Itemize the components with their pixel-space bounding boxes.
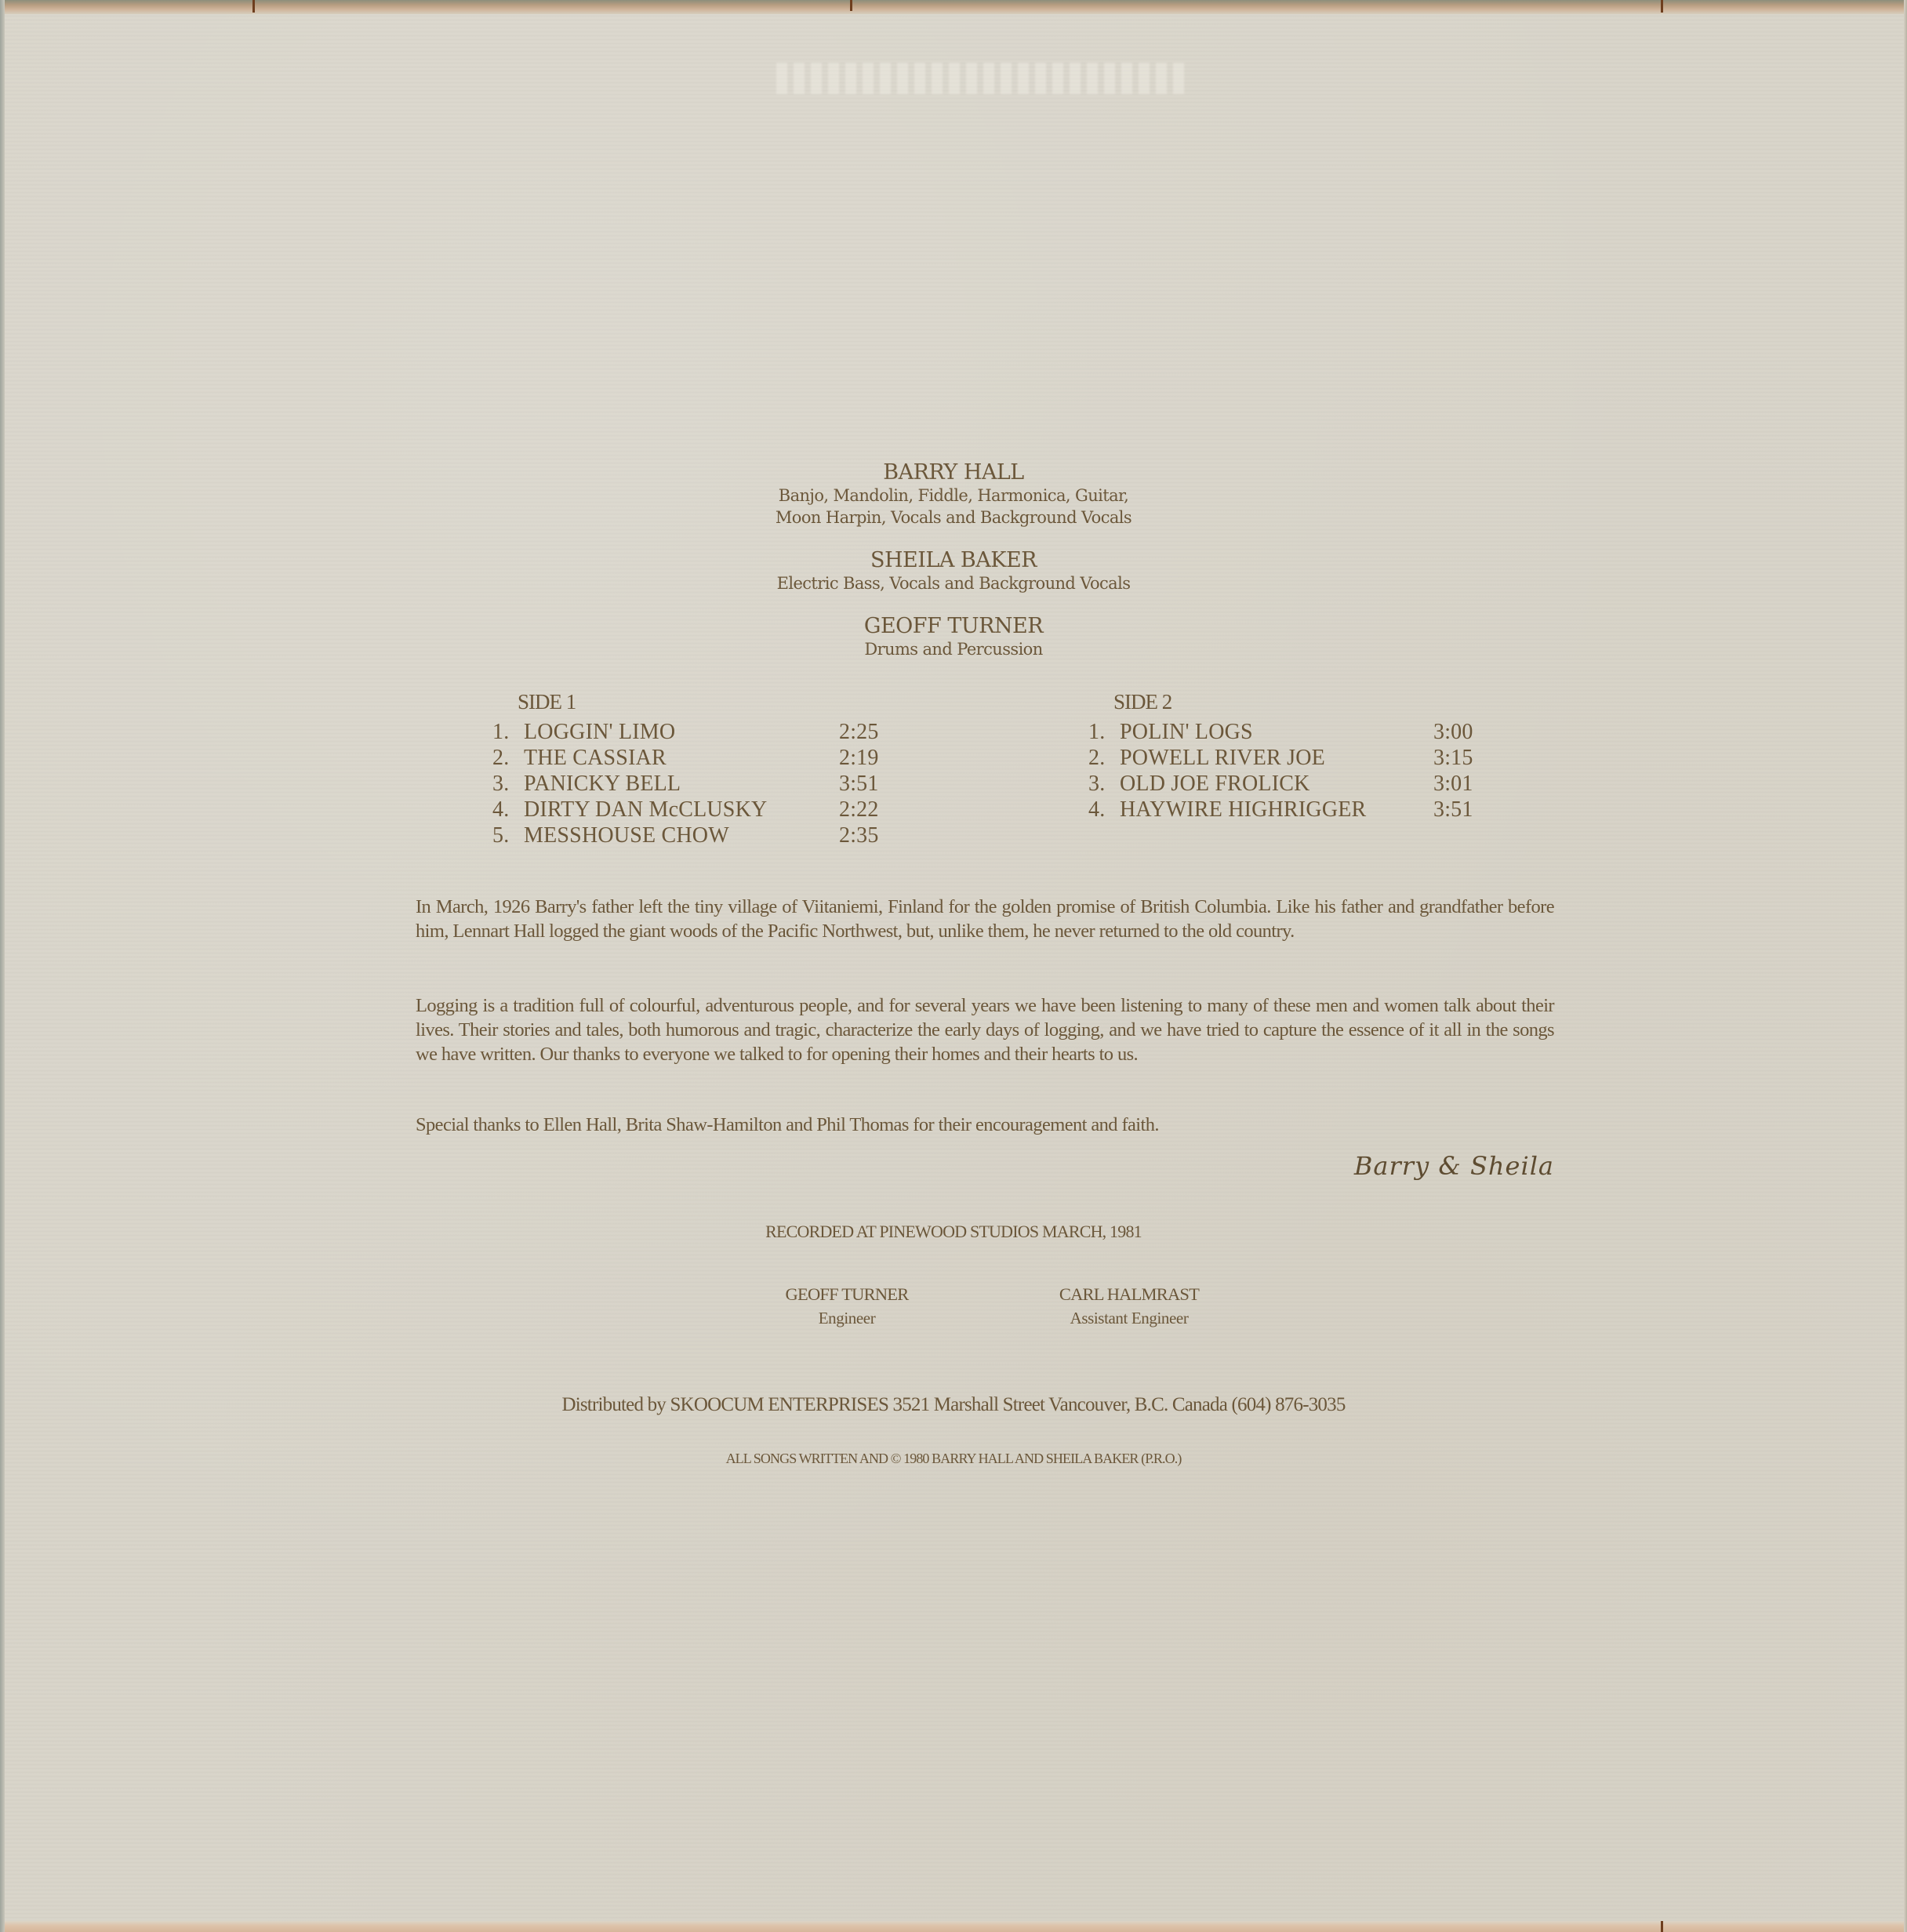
distributor-info: Distributed by SKOOCUM ENTERPRISES 3521 … [0, 1394, 1907, 1416]
track-number: 1. [492, 720, 509, 745]
edge-notch [1661, 0, 1663, 13]
musician-name: SHEILA BAKER [0, 549, 1907, 572]
cover-left-edge [0, 0, 5, 1932]
track-duration: 3:51 [1433, 797, 1473, 823]
edge-notch [850, 0, 852, 11]
musician-name: BARRY HALL [0, 461, 1907, 485]
cover-top-edge [0, 0, 1907, 14]
edge-notch [1661, 1921, 1663, 1932]
track-number: 4. [492, 797, 509, 823]
album-back-cover: BARRY HALL Banjo, Mandolin, Fiddle, Harm… [0, 0, 1907, 1932]
track-title: OLD JOE FROLICK [1120, 772, 1310, 797]
musician-credit: BARRY HALL Banjo, Mandolin, Fiddle, Harm… [0, 461, 1907, 528]
track-number: 3. [492, 772, 509, 797]
edge-notch [252, 0, 255, 13]
track-title: LOGGIN' LIMO [524, 720, 675, 745]
musician-credit: GEOFF TURNER Drums and Percussion [0, 615, 1907, 660]
track-title: THE CASSIAR [524, 746, 667, 771]
musician-role: Banjo, Mandolin, Fiddle, Harmonica, Guit… [0, 485, 1907, 507]
liner-notes-paragraph: In March, 1926 Barry's father left the t… [416, 895, 1554, 943]
track-duration: 2:25 [839, 720, 879, 745]
side-label: SIDE 2 [1113, 690, 1171, 714]
track-duration: 3:01 [1433, 772, 1473, 797]
musician-role: Electric Bass, Vocals and Background Voc… [0, 572, 1907, 594]
copyright-notice: ALL SONGS WRITTEN AND © 1980 BARRY HALL … [0, 1451, 1907, 1467]
track-duration: 3:15 [1433, 746, 1473, 771]
track-number: 2. [492, 746, 509, 771]
track-title: POLIN' LOGS [1120, 720, 1253, 745]
musician-credit: SHEILA BAKER Electric Bass, Vocals and B… [0, 549, 1907, 594]
track-duration: 3:00 [1433, 720, 1473, 745]
track-number: 5. [492, 823, 509, 848]
engineer-credit: CARL HALMRAST Assistant Engineer [1012, 1283, 1247, 1330]
track-number: 1. [1088, 720, 1105, 745]
track-duration: 2:35 [839, 823, 879, 848]
engineer-credit: GEOFF TURNER Engineer [729, 1283, 964, 1330]
musician-role: Moon Harpin, Vocals and Background Vocal… [0, 507, 1907, 528]
track-number: 2. [1088, 746, 1105, 771]
liner-notes-paragraph: Logging is a tradition full of colourful… [416, 993, 1554, 1066]
signature: Barry & Sheila [1354, 1151, 1554, 1181]
engineer-role: Assistant Engineer [1012, 1306, 1247, 1330]
musician-role: Drums and Percussion [0, 638, 1907, 660]
track-number: 4. [1088, 797, 1105, 823]
track-number: 3. [1088, 772, 1105, 797]
track-title: PANICKY BELL [524, 772, 681, 797]
recording-info: RECORDED AT PINEWOOD STUDIOS MARCH, 1981 [0, 1222, 1907, 1242]
worn-print-area [776, 63, 1184, 94]
track-duration: 2:19 [839, 746, 879, 771]
track-duration: 2:22 [839, 797, 879, 823]
track-title: HAYWIRE HIGHRIGGER [1120, 797, 1366, 823]
track-title: DIRTY DAN McCLUSKY [524, 797, 767, 823]
cover-right-edge [1904, 0, 1907, 1932]
side-label: SIDE 1 [518, 690, 576, 714]
track-title: MESSHOUSE CHOW [524, 823, 729, 848]
engineer-name: CARL HALMRAST [1012, 1283, 1247, 1306]
engineer-role: Engineer [729, 1306, 964, 1330]
track-duration: 3:51 [839, 772, 879, 797]
engineer-name: GEOFF TURNER [729, 1283, 964, 1306]
musician-name: GEOFF TURNER [0, 615, 1907, 638]
track-title: POWELL RIVER JOE [1120, 746, 1325, 771]
cover-bottom-edge [0, 1921, 1907, 1932]
special-thanks: Special thanks to Ellen Hall, Brita Shaw… [416, 1113, 1554, 1137]
